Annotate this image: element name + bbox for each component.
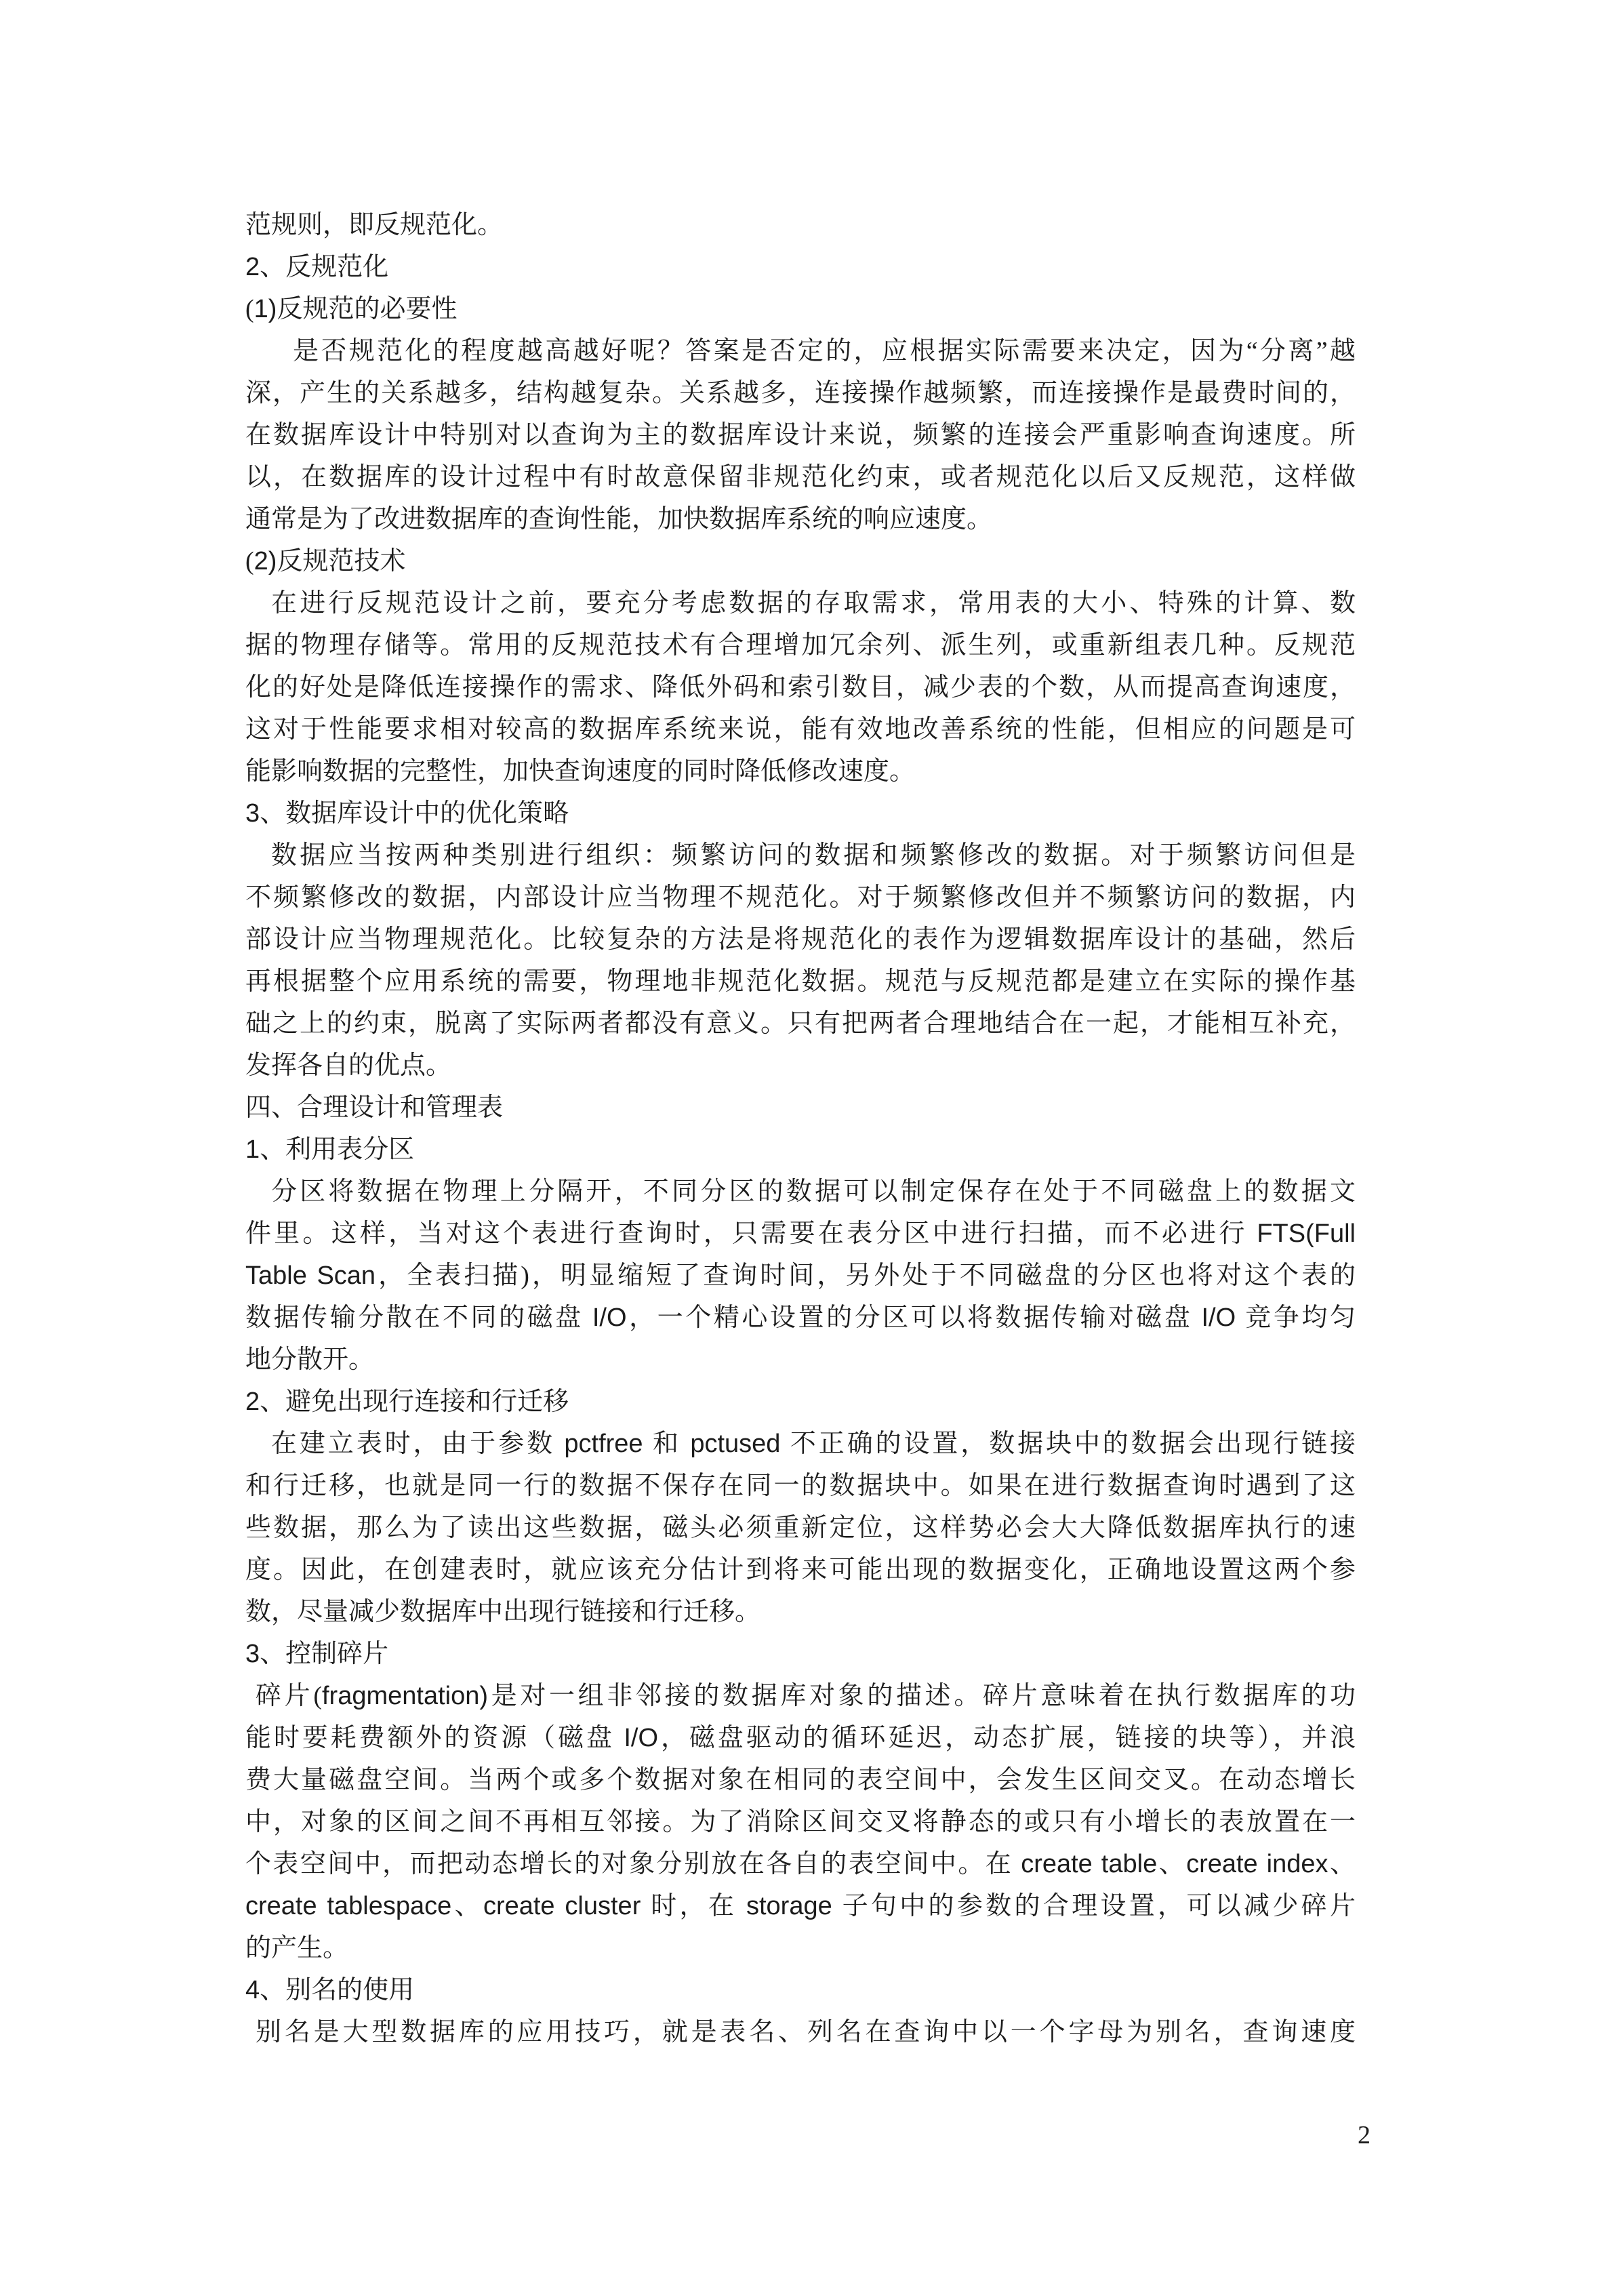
body-text-line: 在数据库设计中特别对以查询为主的数据库设计来说，频繁的连接会严重影响查询速度。所	[245, 414, 1356, 456]
section-heading: (1)反规范的必要性	[245, 288, 1356, 330]
body-text-line: 再根据整个应用系统的需要，物理地非规范化数据。规范与反规范都是建立在实际的操作基	[245, 961, 1356, 1003]
body-text-line: 不频繁修改的数据，内部设计应当物理不规范化。对于频繁修改但并不频繁访问的数据，内	[245, 876, 1356, 918]
body-text-line: 是否规范化的程度越高越好呢？答案是否定的，应根据实际需要来决定，因为“分离”越	[245, 330, 1356, 372]
body-text-line: 数，尽量减少数据库中出现行链接和行迁移。	[245, 1591, 1356, 1633]
body-text-line: 度。因此，在创建表时，就应该充分估计到将来可能出现的数据变化，正确地设置这两个参	[245, 1549, 1356, 1591]
body-text-line: 分区将数据在物理上分隔开，不同分区的数据可以制定保存在处于不同磁盘上的数据文	[245, 1171, 1356, 1213]
body-text-line: 能影响数据的完整性，加快查询速度的同时降低修改速度。	[245, 750, 1356, 792]
body-text-line: 发挥各自的优点。	[245, 1045, 1356, 1087]
body-text-line: 部设计应当物理规范化。比较复杂的方法是将规范化的表作为逻辑数据库设计的基础，然后	[245, 918, 1356, 961]
section-heading: 1、利用表分区	[245, 1129, 1356, 1171]
section-heading: (2)反规范技术	[245, 540, 1356, 582]
section-heading: 2、反规范化	[245, 246, 1356, 288]
document-text-block: 范规则，即反规范化。 2、反规范化 (1)反规范的必要性 是否规范化的程度越高越…	[245, 204, 1356, 2053]
body-text-line: Table Scan，全表扫描)，明显缩短了查询时间，另外处于不同磁盘的分区也将…	[245, 1255, 1356, 1297]
body-text-line: 能时要耗费额外的资源（磁盘 I/O，磁盘驱动的循环延迟，动态扩展，链接的块等），…	[245, 1717, 1356, 1759]
section-heading: 四、合理设计和管理表	[245, 1087, 1356, 1129]
body-text-line: 础之上的约束，脱离了实际两者都没有意义。只有把两者合理地结合在一起，才能相互补充…	[245, 1003, 1356, 1045]
body-text-line: 件里。这样，当对这个表进行查询时，只需要在表分区中进行扫描，而不必进行 FTS(…	[245, 1213, 1356, 1255]
section-heading: 3、数据库设计中的优化策略	[245, 792, 1356, 834]
body-text-line: 地分散开。	[245, 1339, 1356, 1381]
section-heading: 3、控制碎片	[245, 1633, 1356, 1675]
body-text-line: 以，在数据库的设计过程中有时故意保留非规范化约束，或者规范化以后又反规范，这样做	[245, 456, 1356, 498]
body-text-line: 些数据，那么为了读出这些数据，磁头必须重新定位，这样势必会大大降低数据库执行的速	[245, 1507, 1356, 1549]
body-text-line: 据的物理存储等。常用的反规范技术有合理增加冗余列、派生列，或重新组表几种。反规范	[245, 624, 1356, 666]
body-text-line: 个表空间中，而把动态增长的对象分别放在各自的表空间中。在 create tabl…	[245, 1843, 1356, 1885]
body-text-line: create tablespace、create cluster 时，在 sto…	[245, 1885, 1356, 1927]
body-text-line: 通常是为了改进数据库的查询性能，加快数据库系统的响应速度。	[245, 498, 1356, 540]
body-text-line: 范规则，即反规范化。	[245, 204, 1356, 246]
body-text-line: 数据传输分散在不同的磁盘 I/O，一个精心设置的分区可以将数据传输对磁盘 I/O…	[245, 1297, 1356, 1339]
body-text-line: 在建立表时，由于参数 pctfree 和 pctused 不正确的设置，数据块中…	[245, 1423, 1356, 1465]
body-text-line: 费大量磁盘空间。当两个或多个数据对象在相同的表空间中，会发生区间交叉。在动态增长	[245, 1759, 1356, 1801]
body-text-line: 别名是大型数据库的应用技巧，就是表名、列名在查询中以一个字母为别名，查询速度	[245, 2011, 1356, 2053]
body-text-line: 这对于性能要求相对较高的数据库系统来说，能有效地改善系统的性能，但相应的问题是可	[245, 708, 1356, 750]
body-text-line: 的产生。	[245, 1927, 1356, 1969]
section-heading: 4、别名的使用	[245, 1969, 1356, 2011]
section-heading: 2、避免出现行连接和行迁移	[245, 1381, 1356, 1423]
body-text-line: 在进行反规范设计之前，要充分考虑数据的存取需求，常用表的大小、特殊的计算、数	[245, 582, 1356, 624]
page-number: 2	[245, 2114, 1371, 2156]
body-text-line: 数据应当按两种类别进行组织：频繁访问的数据和频繁修改的数据。对于频繁访问但是	[245, 834, 1356, 876]
body-text-line: 碎片(fragmentation)是对一组非邻接的数据库对象的描述。碎片意味着在…	[245, 1675, 1356, 1717]
body-text-line: 中，对象的区间之间不再相互邻接。为了消除区间交叉将静态的或只有小增长的表放置在一	[245, 1801, 1356, 1843]
body-text-line: 和行迁移，也就是同一行的数据不保存在同一的数据块中。如果在进行数据查询时遇到了这	[245, 1465, 1356, 1507]
body-text-line: 深，产生的关系越多，结构越复杂。关系越多，连接操作越频繁，而连接操作是最费时间的…	[245, 372, 1356, 414]
body-text-line: 化的好处是降低连接操作的需求、降低外码和索引数目，减少表的个数，从而提高查询速度…	[245, 666, 1356, 708]
